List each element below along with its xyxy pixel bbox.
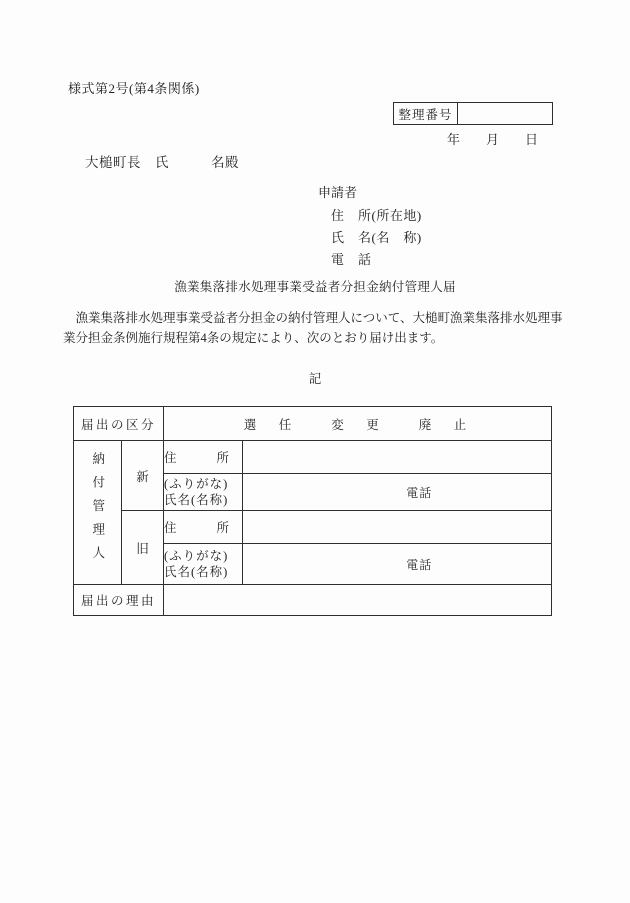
- body-paragraph-line-2: 業分担金条例施行規程第4条の規定により、次のとおり届け出ます。: [63, 328, 563, 348]
- furigana-name-label-cell-new: (ふりがな) 氏名(名称): [164, 474, 243, 511]
- name-label: 氏名(名称): [164, 564, 242, 580]
- furigana-name-label-cell-old: (ふりがな) 氏名(名称): [164, 544, 243, 585]
- body-paragraph: 漁業集落排水処理事業受益者分担金の納付管理人について、大槌町漁業集落排水処理事 …: [63, 308, 563, 348]
- reason-value-cell: [164, 585, 552, 616]
- applicant-address-line: 住 所(所在地): [331, 205, 422, 224]
- body-paragraph-line-1: 漁業集落排水処理事業受益者分担金の納付管理人について、大槌町漁業集落排水処理事: [63, 308, 563, 328]
- document-title: 漁業集落排水処理事業受益者分担金納付管理人届: [0, 277, 630, 295]
- group-old-cell: 旧: [122, 511, 164, 585]
- address-value-cell-new: [243, 441, 552, 474]
- address-value-cell-old: [243, 511, 552, 544]
- manager-label-cell: 納付管理人: [74, 441, 122, 585]
- furigana-label: (ふりがな): [164, 548, 242, 564]
- name-label: 氏名(名称): [164, 492, 242, 508]
- document-page: 様式第2号(第4条関係) 整理番号 年 月 日 大槌町長 氏 名殿 申請者 住 …: [0, 0, 630, 903]
- date-line: 年 月 日: [447, 129, 538, 148]
- reference-number-value-cell: [458, 103, 552, 124]
- name-value-cell-new: 電話: [243, 474, 552, 511]
- phone-label-old: 電話: [406, 556, 432, 573]
- furigana-label: (ふりがな): [164, 476, 242, 492]
- form-number: 様式第2号(第4条関係): [68, 78, 200, 97]
- address-label-cell-new: 住 所: [164, 441, 243, 474]
- manager-label-vertical: 納付管理人: [91, 452, 104, 570]
- reference-number-label: 整理番号: [394, 103, 458, 124]
- address-label-cell-old: 住 所: [164, 511, 243, 544]
- notification-table-wrap: 届出の区分 選 任 変 更 廃 止 納付管理人 新 住 所 (ふりがな) 氏名(…: [73, 406, 552, 616]
- applicant-name-line: 氏 名(名 称): [331, 227, 422, 246]
- phone-label-new: 電話: [406, 484, 432, 501]
- applicant-heading: 申請者: [318, 182, 357, 201]
- section-mark: 記: [0, 369, 630, 387]
- reason-label-cell: 届出の理由: [74, 585, 164, 616]
- category-options-cell: 選 任 変 更 廃 止: [164, 407, 552, 441]
- group-new-cell: 新: [122, 441, 164, 511]
- reference-number-box: 整理番号: [393, 102, 553, 125]
- applicant-phone-line: 電 話: [331, 249, 372, 268]
- addressee-line: 大槌町長 氏 名殿: [85, 151, 239, 171]
- name-value-cell-old: 電話: [243, 544, 552, 585]
- notification-table: 届出の区分 選 任 変 更 廃 止 納付管理人 新 住 所 (ふりがな) 氏名(…: [73, 406, 552, 616]
- category-header-cell: 届出の区分: [74, 407, 164, 441]
